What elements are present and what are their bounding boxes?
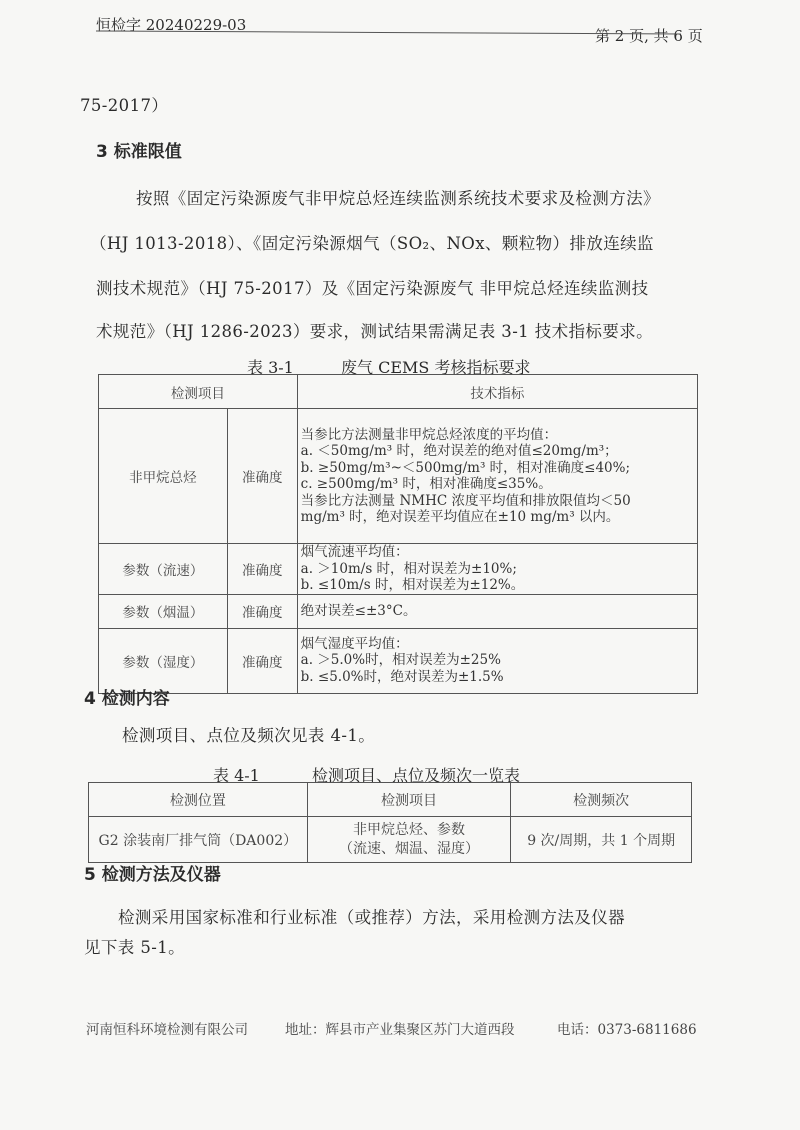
table-row: 参数（湿度） 准确度 烟气湿度平均值： a. ＞5.0%时，相对误差为±25% … bbox=[99, 628, 698, 693]
table-row: 非甲烷总烃 准确度 当参比方法测量非甲烷总烃浓度的平均值： a. ＜50mg/m… bbox=[99, 409, 698, 544]
section-4-title: 4 检测内容 bbox=[84, 684, 170, 709]
spec-line: 烟气流速平均值： bbox=[301, 544, 697, 561]
spec-line: a. ＞5.0%时，相对误差为±25% bbox=[301, 652, 697, 669]
section-5-para-line-2: 见下表 5-1。 bbox=[84, 934, 185, 958]
header-cell-items: 检测项目 bbox=[307, 783, 511, 817]
footer-phone: 电话：0373-6811686 bbox=[557, 1018, 697, 1038]
footer-company: 河南恒科环境检测有限公司 bbox=[86, 1018, 248, 1038]
items-line: （流速、烟温、湿度） bbox=[308, 840, 511, 859]
spec-line: b. ≤5.0%时，绝对误差为±1.5% bbox=[301, 669, 697, 686]
table-header-row: 检测项目 技术指标 bbox=[99, 375, 698, 409]
spec-cell: 烟气流速平均值： a. ＞10m/s 时，相对误差为±10%; b. ≤10m/… bbox=[297, 544, 697, 595]
item-cell: 非甲烷总烃 bbox=[99, 409, 228, 544]
frequency-cell: 9 次/周期，共 1 个周期 bbox=[511, 817, 692, 863]
spec-line: b. ≤10m/s 时，相对误差为±12%。 bbox=[301, 577, 697, 594]
location-cell: G2 涂装南厂排气筒（DA002） bbox=[89, 817, 308, 863]
spec-line: 烟气湿度平均值： bbox=[301, 636, 697, 653]
header-cell-spec: 技术指标 bbox=[297, 375, 697, 409]
spec-line: a. ＜50mg/m³ 时，绝对误差的绝对值≤20mg/m³； bbox=[301, 443, 697, 460]
spec-cell: 绝对误差≤±3°C。 bbox=[297, 594, 697, 628]
table-row: G2 涂装南厂排气筒（DA002） 非甲烷总烃、参数 （流速、烟温、湿度） 9 … bbox=[89, 817, 692, 863]
table-row: 参数（烟温） 准确度 绝对误差≤±3°C。 bbox=[99, 594, 698, 628]
spec-line: b. ≥50mg/m³~＜500mg/m³ 时，相对准确度≤40%; bbox=[301, 460, 697, 477]
spec-line: 当参比方法测量非甲烷总烃浓度的平均值： bbox=[301, 427, 697, 444]
table-header-row: 检测位置 检测项目 检测频次 bbox=[89, 783, 692, 817]
item-cell: 参数（流速） bbox=[99, 544, 228, 595]
spec-cell: 烟气湿度平均值： a. ＞5.0%时，相对误差为±25% b. ≤5.0%时，绝… bbox=[297, 628, 697, 693]
header-cell-frequency: 检测频次 bbox=[511, 783, 692, 817]
type-cell: 准确度 bbox=[227, 544, 297, 595]
table-4-1: 检测位置 检测项目 检测频次 G2 涂装南厂排气筒（DA002） 非甲烷总烃、参… bbox=[88, 782, 692, 863]
section-3-para-line-2: （HJ 1013-2018）、《固定污染源烟气（SO₂、NOx、颗粒物）排放连续… bbox=[90, 230, 654, 254]
section-5-title: 5 检测方法及仪器 bbox=[84, 860, 221, 885]
table-3-1: 检测项目 技术指标 非甲烷总烃 准确度 当参比方法测量非甲烷总烃浓度的平均值： … bbox=[98, 374, 698, 694]
section-3-para-line-4: 术规范》（HJ 1286-2023）要求，测试结果需满足表 3-1 技术指标要求… bbox=[96, 318, 653, 342]
type-cell: 准确度 bbox=[227, 594, 297, 628]
items-line: 非甲烷总烃、参数 bbox=[308, 821, 511, 840]
section-3-title: 3 标准限值 bbox=[96, 137, 182, 162]
header-cell-location: 检测位置 bbox=[89, 783, 308, 817]
footer-address: 地址：辉县市产业集聚区苏门大道西段 bbox=[285, 1018, 515, 1038]
table-row: 参数（流速） 准确度 烟气流速平均值： a. ＞10m/s 时，相对误差为±10… bbox=[99, 544, 698, 595]
header-cell-item: 检测项目 bbox=[99, 375, 298, 409]
type-cell: 准确度 bbox=[227, 628, 297, 693]
items-cell: 非甲烷总烃、参数 （流速、烟温、湿度） bbox=[307, 817, 511, 863]
section-5-para-line-1: 检测采用国家标准和行业标准（或推荐）方法，采用检测方法及仪器 bbox=[118, 904, 625, 928]
spec-line: 绝对误差≤±3°C。 bbox=[301, 603, 697, 620]
type-cell: 准确度 bbox=[227, 409, 297, 544]
section-3-para-line-3: 测技术规范》（HJ 75-2017）及《固定污染源废气 非甲烷总烃连续监测技 bbox=[96, 275, 649, 299]
spec-line: mg/m³ 时，绝对误差平均值应在±10 mg/m³ 以内。 bbox=[301, 509, 697, 526]
section-4-para: 检测项目、点位及频次见表 4-1。 bbox=[122, 722, 375, 746]
spec-line: a. ＞10m/s 时，相对误差为±10%; bbox=[301, 561, 697, 578]
spec-line: 当参比方法测量 NMHC 浓度平均值和排放限值均＜50 bbox=[301, 493, 697, 510]
section-3-para-line-1: 按照《固定污染源废气非甲烷总烃连续监测系统技术要求及检测方法》 bbox=[136, 185, 660, 209]
spec-cell: 当参比方法测量非甲烷总烃浓度的平均值： a. ＜50mg/m³ 时，绝对误差的绝… bbox=[297, 409, 697, 544]
continuation-text: 75-2017） bbox=[80, 92, 168, 116]
spec-line: c. ≥500mg/m³ 时，相对准确度≤35%。 bbox=[301, 476, 697, 493]
page-info: 第 2 页, 共 6 页 bbox=[595, 25, 703, 46]
item-cell: 参数（烟温） bbox=[99, 594, 228, 628]
